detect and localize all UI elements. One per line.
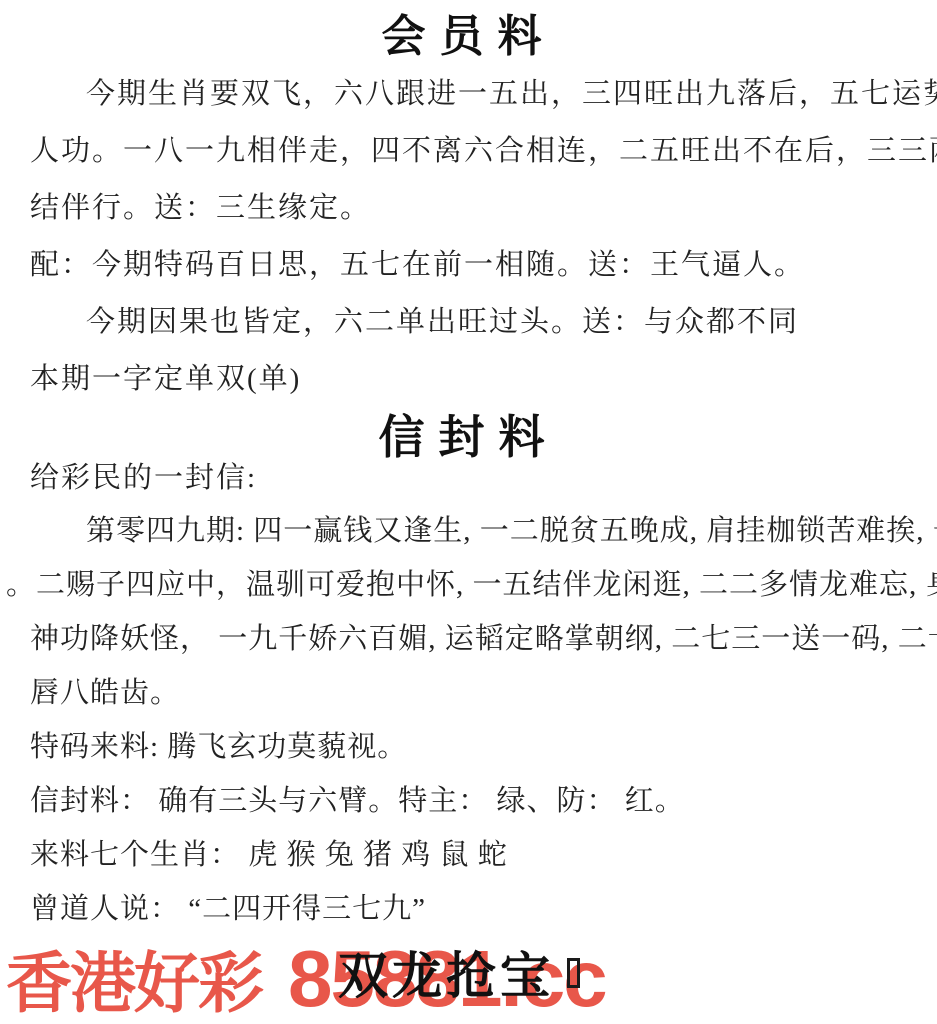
envelope-line: 。二赐子四应中，温驯可爱抱中怀, 一五结伴龙闲逛, 二二多情龙难忘, 身怀 (6, 558, 907, 612)
footer: 香港好彩85881.cc 双龙抢宝 (0, 932, 937, 1024)
envelope-line: 神功降妖怪， 一九千娇六百媚, 运韬定略掌朝纲, 二七三一送一码, 二十朱 (30, 612, 907, 666)
member-section-title: 会员料 (30, 8, 907, 66)
envelope-section: 第零四九期: 四一赢钱又逢生, 一二脱贫五晚成, 肩挂枷锁苦难挨, 一 。二赐子… (30, 504, 907, 936)
small-bracket-mark (567, 958, 580, 988)
member-section: 今期生肖要双飞，六八跟进一五出，三四旺出九落后，五七运势二 人功。一八一九相伴走… (30, 66, 907, 408)
envelope-line: 曾道人说： “二四开得三七九” (30, 882, 907, 936)
watermark-site-name: 香港好彩 (6, 946, 262, 1020)
envelope-line: 唇八皓齿。 (30, 666, 907, 720)
envelope-line: 信封料： 确有三头与六臂。特主： 绿、防： 红。 (30, 774, 907, 828)
member-line: 结伴行。送：三生缘定。 (30, 180, 907, 237)
document-page: 会员料 今期生肖要双飞，六八跟进一五出，三四旺出九落后，五七运势二 人功。一八一… (0, 0, 937, 1024)
envelope-line: 来料七个生肖： 虎 猴 兔 猪 鸡 鼠 蛇 (30, 828, 907, 882)
envelope-line: 第零四九期: 四一赢钱又逢生, 一二脱贫五晚成, 肩挂枷锁苦难挨, 一 (30, 504, 907, 558)
member-line: 配：今期特码百日思，五七在前一相随。送：王气逼人。 (30, 237, 907, 294)
member-line: 本期一字定单双(单) (30, 351, 907, 408)
member-line: 今期因果也皆定，六二单出旺过头。送：与众都不同 (30, 294, 907, 351)
envelope-line: 特码来料: 腾飞玄功莫藐视。 (30, 720, 907, 774)
member-line: 人功。一八一九相伴走，四不离六合相连，二五旺出不在后，三三两两 (30, 123, 907, 180)
member-line: 今期生肖要双飞，六八跟进一五出，三四旺出九落后，五七运势二 (30, 66, 907, 123)
next-section-title: 双龙抢宝 (338, 936, 554, 1008)
